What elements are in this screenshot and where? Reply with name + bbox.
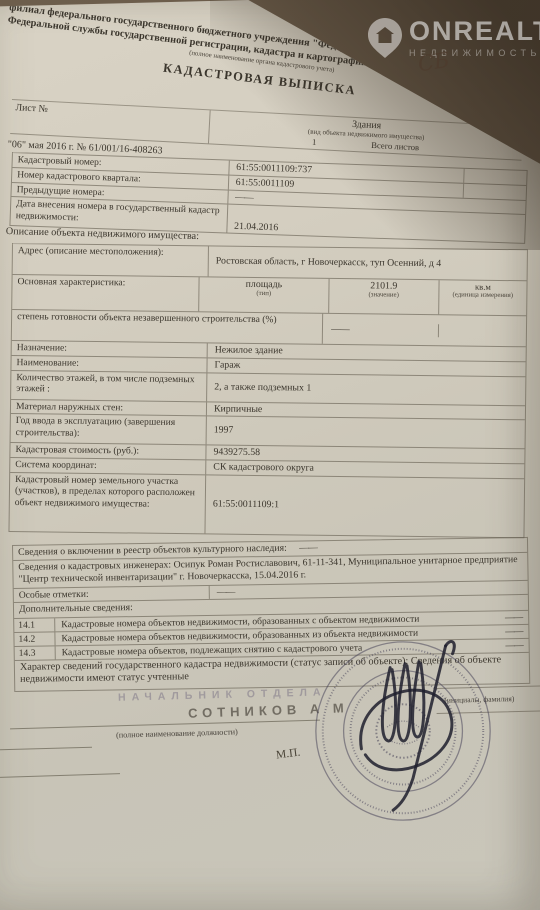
form-code: КВ.1 — [511, 120, 526, 129]
object-kind-cell: Здания (вид объекта недвижимого имуществ… — [209, 110, 523, 159]
row-label: Система координат: — [10, 458, 206, 474]
item-number: 14.1 — [14, 618, 55, 632]
sheet-number-value: 1 — [312, 137, 317, 147]
heritage-value: —— — [299, 542, 317, 553]
additional-title: Дополнительные сведения: — [14, 601, 138, 617]
char-type-cell: площадь (тип) — [199, 277, 329, 313]
row-value: —— — [323, 322, 439, 336]
row-label: Наименование: — [11, 356, 207, 372]
watermark-brand: ONREALT — [409, 18, 540, 45]
item-number: 14.3 — [15, 646, 56, 660]
row-label: степень готовности объекта незавершенног… — [12, 310, 323, 344]
row-value: 21.04.2016 — [227, 219, 525, 243]
char-type-value: площадь — [246, 279, 283, 290]
char-unit-value: кв.м — [475, 282, 491, 292]
document-photo: филиал федерального государственного бюд… — [0, 0, 540, 910]
signature-rule — [0, 773, 120, 778]
total-sheets-label: Всего листов — [371, 140, 419, 152]
row-label: Количество этажей, в том числе подземных… — [11, 371, 207, 401]
location-pin-house-icon — [368, 18, 402, 58]
item-number: 14.2 — [14, 632, 55, 646]
char-unit-cell: кв.м (единица измерения) — [439, 280, 527, 315]
row-label: Основная характеристика: — [12, 275, 199, 311]
char-value-cell: 2101.9 (значение) — [329, 279, 440, 314]
char-type-caption: (тип) — [201, 289, 326, 298]
table-row: Кадастровый номер земельного участка (уч… — [9, 473, 524, 538]
signature-rule — [0, 747, 92, 751]
row-label: Адрес (описание местоположения): — [13, 244, 209, 276]
row-value: 2, а также подземных 1 — [207, 380, 525, 398]
document-paper: филиал федерального государственного бюд… — [0, 0, 540, 910]
signature-rule — [10, 720, 320, 730]
char-unit-caption: (единица измерения) — [441, 291, 524, 299]
official-seal-icon — [296, 628, 514, 836]
row-value: 1997 — [207, 424, 525, 442]
sheet-number-label: Лист № — [10, 100, 210, 143]
object-description-table: Адрес (описание местоположения): Ростовс… — [8, 243, 527, 538]
handwritten-mark: СБ — [416, 48, 451, 77]
heritage-label: Сведения о включении в реестр объектов к… — [18, 543, 287, 558]
row-label: Год ввода в эксплуатацию (завершения стр… — [11, 414, 207, 444]
empty-cell — [439, 315, 526, 346]
position-caption: (полное наименование должности) — [116, 727, 238, 739]
char-value: 2101.9 — [370, 280, 397, 291]
row-value: Ростовская область, г Новочеркасск, туп … — [209, 255, 527, 273]
row-label: Материал наружных стен: — [11, 400, 207, 416]
row-label: Кадастровая стоимость (руб.): — [10, 443, 206, 459]
row-value: 61:55:0011109:1 — [206, 497, 524, 515]
row-label: Назначение: — [12, 341, 208, 357]
item-value: —— — [505, 612, 522, 623]
row-label: Кадастровый номер земельного участка (уч… — [9, 473, 206, 533]
onrealt-watermark: ONREALT НЕДВИЖИМОСТЬ — [368, 18, 540, 58]
char-value-caption: (значение) — [331, 291, 436, 299]
